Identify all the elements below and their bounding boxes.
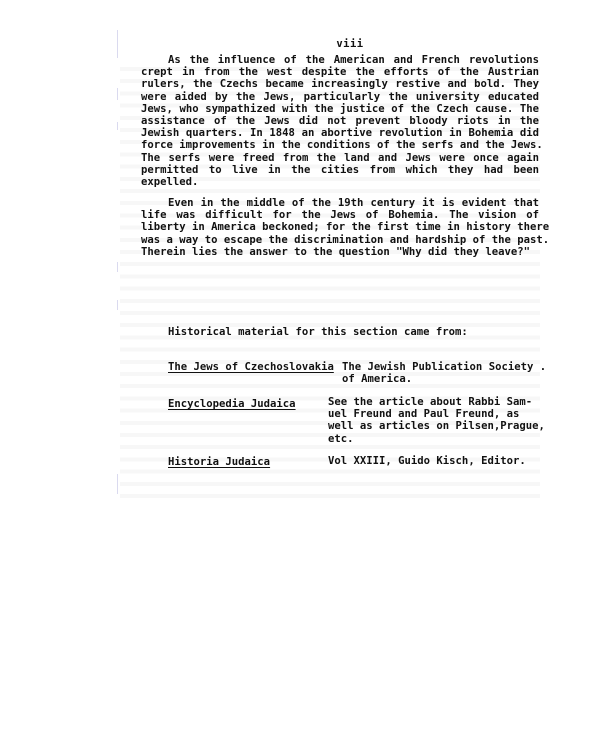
text-line: crept in from the west despite the effor… [141, 66, 539, 78]
scan-edge-mark [117, 122, 118, 130]
text-line: Even in the middle of the 19th century i… [141, 197, 539, 209]
text-line: Therein lies the answer to the question … [141, 246, 539, 258]
text-line: The Jewish Publication Society . [342, 361, 557, 373]
paragraph-1: As the influence of the American and Fre… [141, 54, 539, 188]
document-page: viii As the influence of the American an… [0, 0, 612, 736]
source-description: The Jewish Publication Society . of Amer… [342, 361, 557, 385]
scan-edge-mark [117, 262, 118, 272]
source-description: See the article about Rabbi Sam- uel Fre… [328, 396, 543, 445]
source-title: The Jews of Czechoslovakia [168, 361, 334, 373]
text-line: As the influence of the American and Fre… [141, 54, 539, 66]
text-line: See the article about Rabbi Sam- [328, 396, 543, 408]
text-line: were aided by the Jews, particularly the… [141, 91, 539, 103]
source-description: Vol XXIII, Guido Kisch, Editor. [328, 455, 543, 467]
text-line: Jewish quarters. In 1848 an abortive rev… [141, 127, 539, 139]
text-line: force improvements in the conditions of … [141, 139, 539, 151]
text-line: life was difficult for the Jews of Bohem… [141, 209, 539, 221]
text-line: Vol XXIII, Guido Kisch, Editor. [328, 455, 543, 467]
text-line: well as articles on Pilsen,Prague, [328, 420, 543, 432]
text-line: permitted to live in the cities from whi… [141, 164, 539, 176]
source-title: Encyclopedia Judaica [168, 398, 296, 410]
text-line: uel Freund and Paul Freund, as [328, 408, 543, 420]
text-line: liberty in America beckoned; for the fir… [141, 221, 539, 233]
text-line: Jews, who sympathized with the justice o… [141, 103, 539, 115]
text-line: The serfs were freed from the land and J… [141, 152, 539, 164]
text-line: was a way to escape the discrimination a… [141, 234, 539, 246]
scan-edge-mark [117, 474, 118, 494]
scan-edge-mark [117, 88, 118, 100]
page-number: viii [0, 38, 612, 50]
scan-edge-mark [117, 300, 118, 310]
text-line: rulers, the Czechs became increasingly r… [141, 78, 539, 90]
text-line: of America. [342, 373, 557, 385]
text-line: etc. [328, 433, 543, 445]
paragraph-2: Even in the middle of the 19th century i… [141, 197, 539, 258]
text-line: assistance of the Jews did not prevent b… [141, 115, 539, 127]
source-title: Historia Judaica [168, 456, 270, 468]
text-line: expelled. [141, 176, 539, 188]
sources-intro: Historical material for this section cam… [168, 326, 468, 338]
